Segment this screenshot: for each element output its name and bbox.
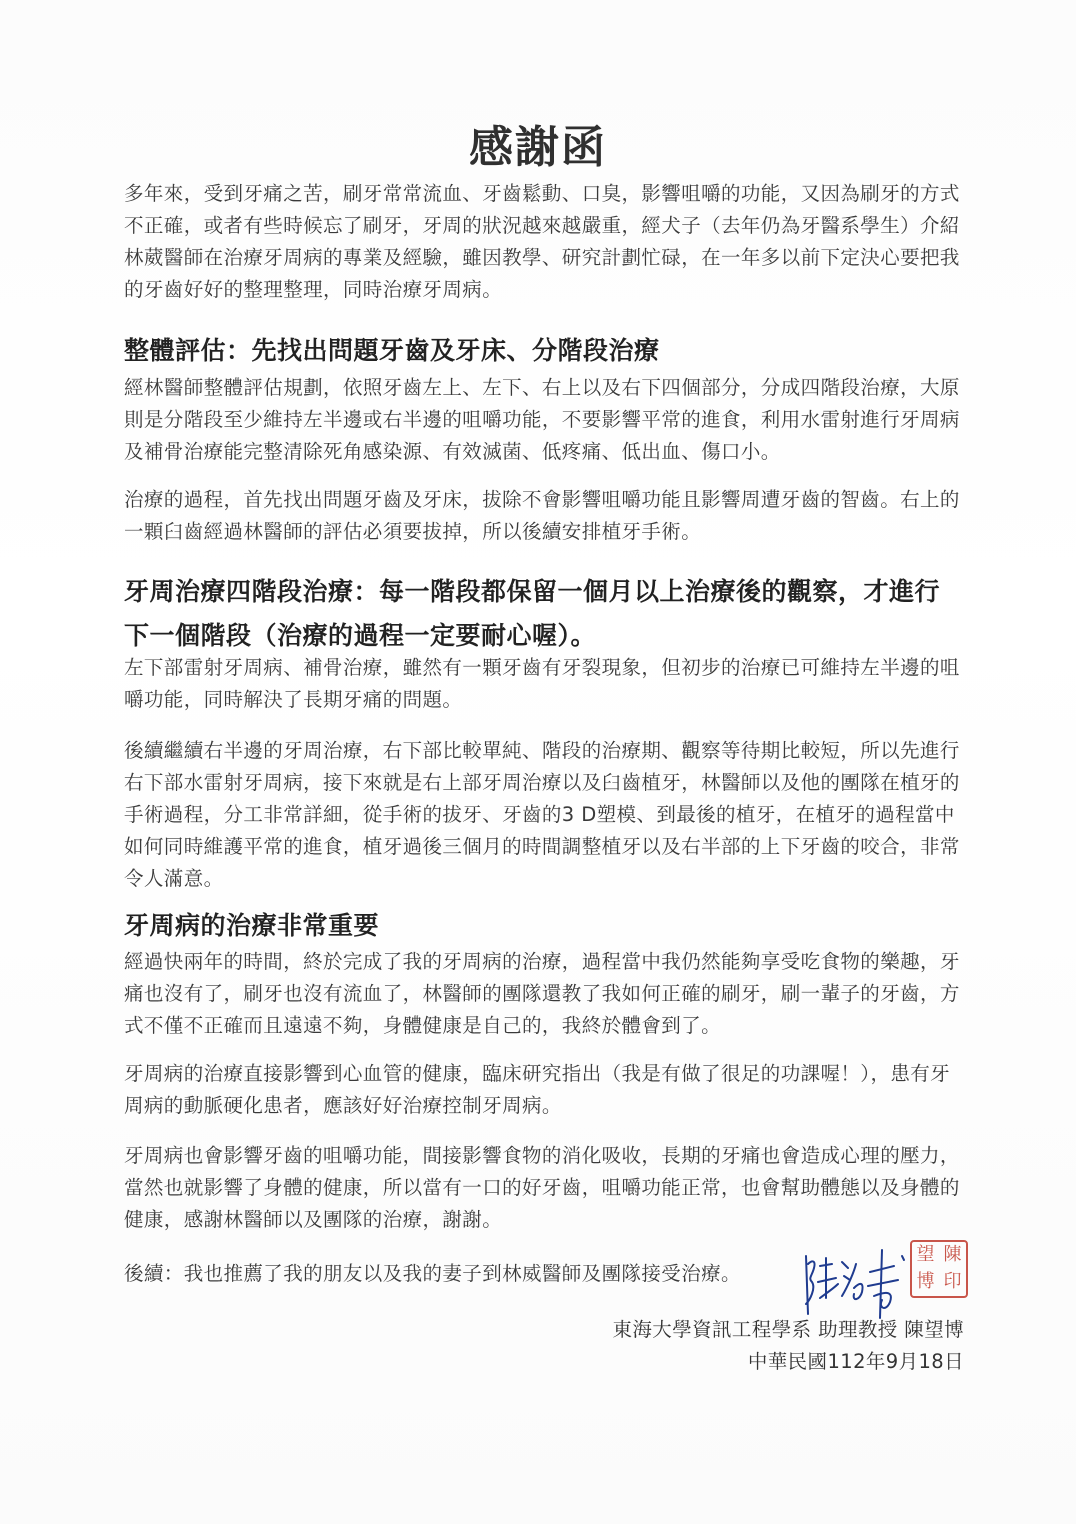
paragraph-text: 左下部雷射牙周病、補骨治療，雖然有一顆牙齒有牙裂現象，但初步的治療已可維持左半邊…: [124, 652, 964, 716]
seal-char: 望: [912, 1242, 939, 1269]
red-seal-stamp-icon: 望 陳 博 印: [910, 1240, 968, 1298]
paragraph-text: 牙周病的治療直接影響到心血管的健康，臨床研究指出（我是有做了很足的功課喔！），患…: [124, 1058, 964, 1122]
section-heading-importance: 牙周病的治療非常重要: [124, 905, 964, 947]
letter-title: 感謝函: [0, 118, 1076, 178]
seal-char: 印: [939, 1269, 966, 1296]
section-assessment-paragraph-2: 治療的過程，首先找出問題牙齒及牙床，拔除不會影響咀嚼功能且影響周遭牙齒的智齒。右…: [124, 484, 964, 548]
intro-text: 多年來，受到牙痛之苦，刷牙常常流血、牙齒鬆動、口臭，影響咀嚼的功能，又因為刷牙的…: [124, 178, 964, 306]
paragraph-text: 經林醫師整體評估規劃，依照牙齒左上、左下、右上以及右下四個部分，分成四階段治療，…: [124, 372, 964, 468]
paragraph-text: 經過快兩年的時間，終於完成了我的牙周病的治療，過程當中我仍然能夠享受吃食物的樂趣…: [124, 946, 964, 1042]
section-stages-paragraph-2: 後續繼續右半邊的牙周治療，右下部比較單純、階段的治療期、觀察等待期比較短，所以先…: [124, 735, 964, 895]
paragraph-text: 後續繼續右半邊的牙周治療，右下部比較單純、階段的治療期、觀察等待期比較短，所以先…: [124, 735, 964, 895]
section-assessment-paragraph-1: 經林醫師整體評估規劃，依照牙齒左上、左下、右上以及右下四個部分，分成四階段治療，…: [124, 372, 964, 468]
letter-page: 感謝函 多年來，受到牙痛之苦，刷牙常常流血、牙齒鬆動、口臭，影響咀嚼的功能，又因…: [0, 0, 1076, 1524]
section-heading-four-stages: 牙周治療四階段治療：每一階段都保留一個月以上治療後的觀察，才進行下一個階段（治療…: [124, 570, 944, 658]
handwritten-signature-icon: [798, 1242, 908, 1322]
section-stages-paragraph-1: 左下部雷射牙周病、補骨治療，雖然有一顆牙齒有牙裂現象，但初步的治療已可維持左半邊…: [124, 652, 964, 716]
signer-affiliation: 東海大學資訊工程學系 助理教授 陳望博: [613, 1314, 965, 1346]
postscript-text: 後續：我也推薦了我的朋友以及我的妻子到林威醫師及團隊接受治療。: [124, 1258, 784, 1290]
letter-date: 中華民國112年9月18日: [748, 1346, 964, 1378]
section-heading-assessment: 整體評估：先找出問題牙齒及牙床、分階段治療: [124, 330, 964, 372]
seal-char: 陳: [939, 1242, 966, 1269]
section-importance-paragraph-2: 牙周病的治療直接影響到心血管的健康，臨床研究指出（我是有做了很足的功課喔！），患…: [124, 1058, 964, 1122]
paragraph-text: 治療的過程，首先找出問題牙齒及牙床，拔除不會影響咀嚼功能且影響周遭牙齒的智齒。右…: [124, 484, 964, 548]
section-importance-paragraph-3: 牙周病也會影響牙齒的咀嚼功能，間接影響食物的消化吸收，長期的牙痛也會造成心理的壓…: [124, 1140, 964, 1236]
paragraph-text: 牙周病也會影響牙齒的咀嚼功能，間接影響食物的消化吸收，長期的牙痛也會造成心理的壓…: [124, 1140, 964, 1236]
seal-char: 博: [912, 1269, 939, 1296]
section-importance-paragraph-1: 經過快兩年的時間，終於完成了我的牙周病的治療，過程當中我仍然能夠享受吃食物的樂趣…: [124, 946, 964, 1042]
postscript: 後續：我也推薦了我的朋友以及我的妻子到林威醫師及團隊接受治療。: [124, 1258, 784, 1290]
signature-area: 望 陳 博 印: [790, 1236, 990, 1326]
intro-paragraph: 多年來，受到牙痛之苦，刷牙常常流血、牙齒鬆動、口臭，影響咀嚼的功能，又因為刷牙的…: [124, 178, 964, 306]
